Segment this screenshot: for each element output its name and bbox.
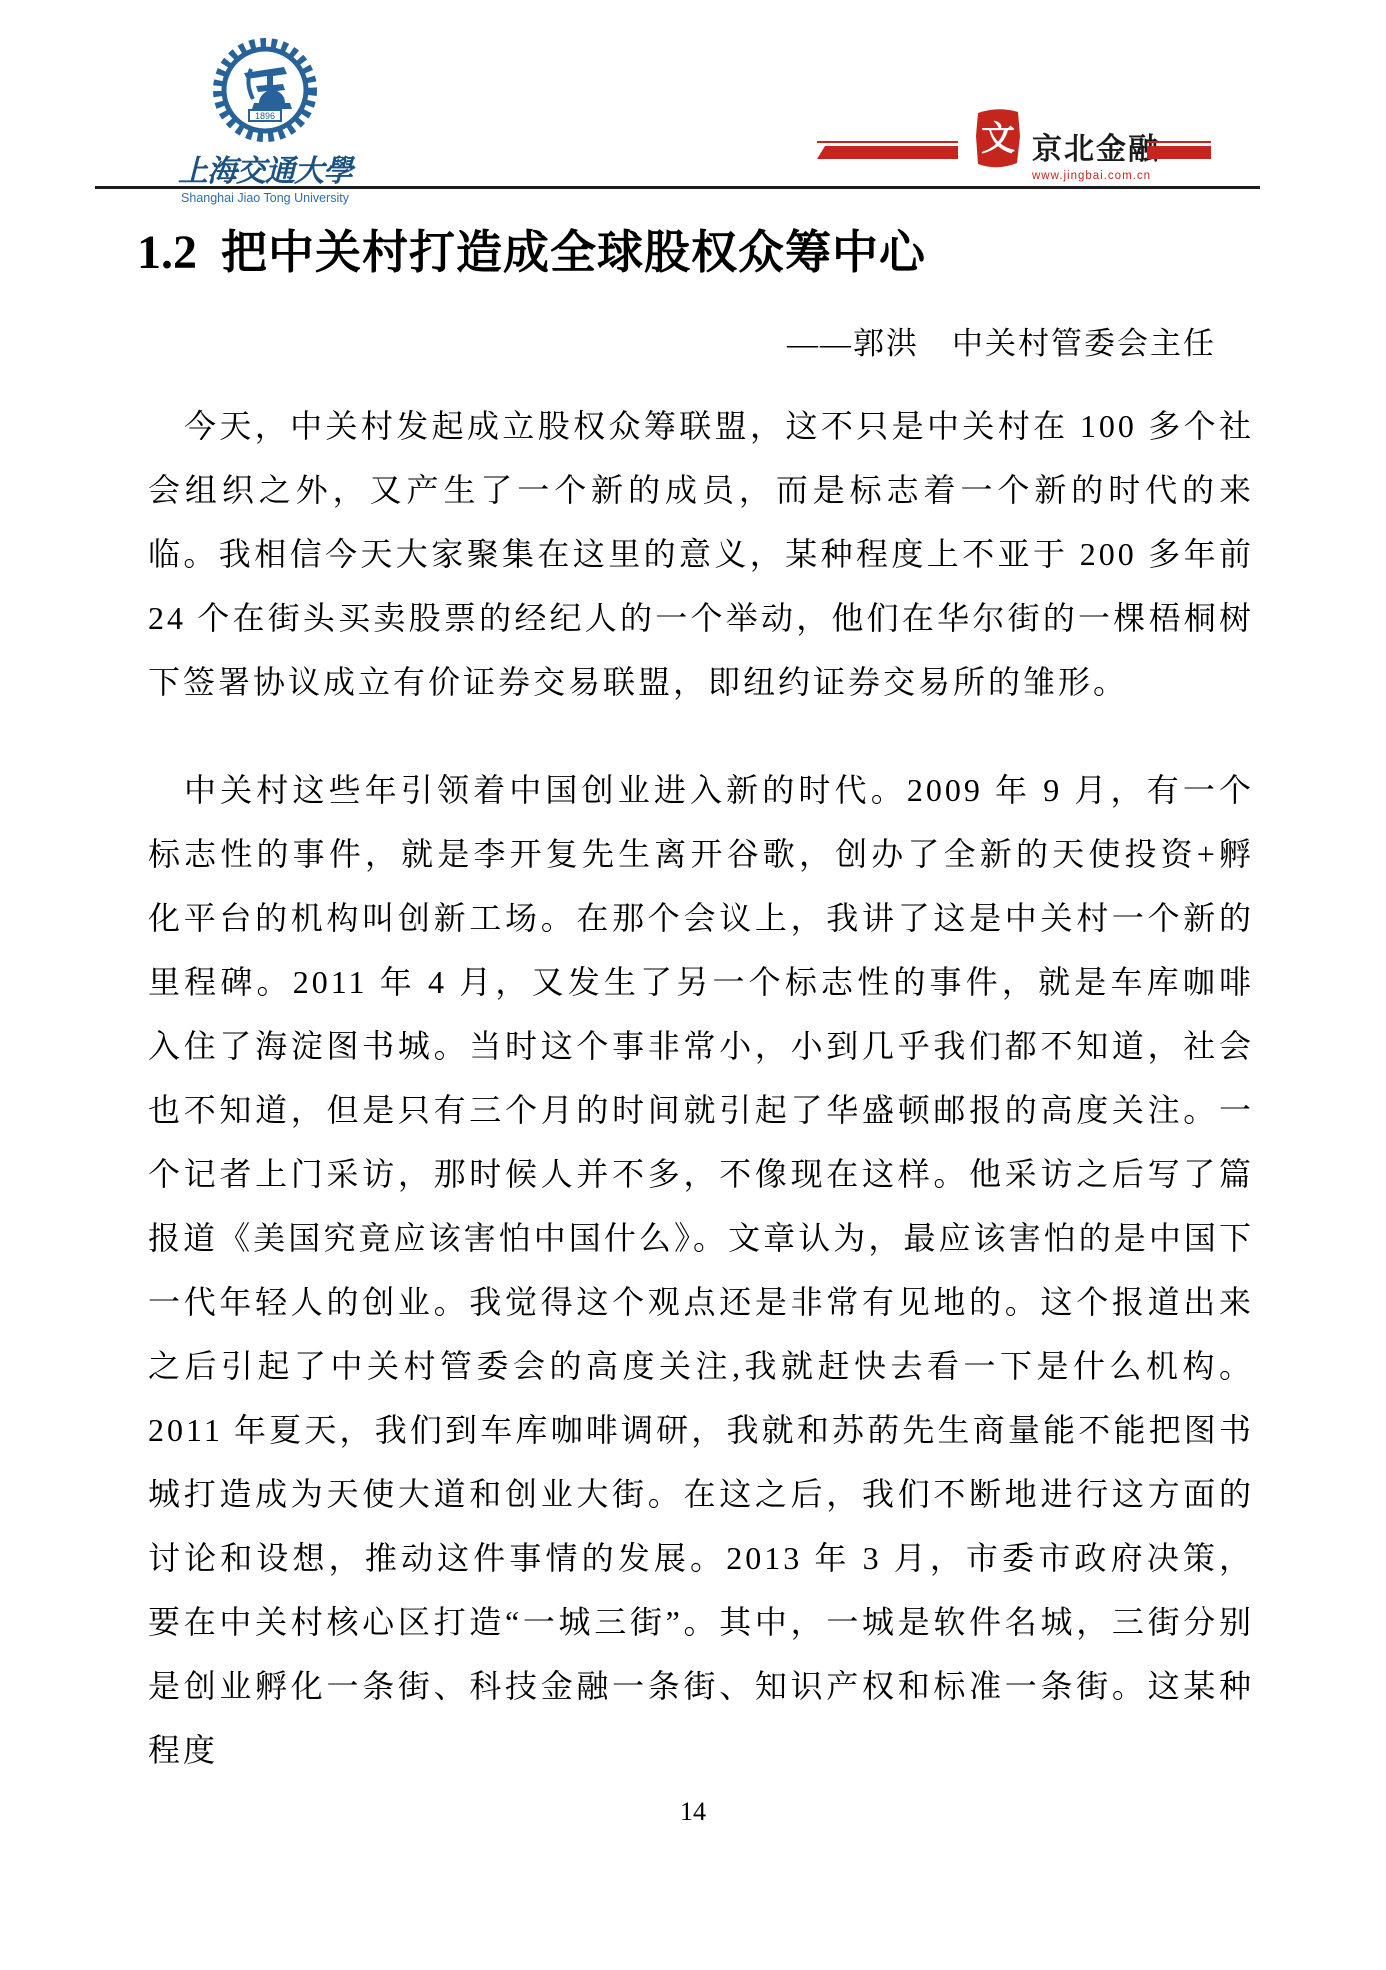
document-page: 1896 上海交通大學 Shanghai Jiao Tong Universit… xyxy=(0,0,1386,1970)
jingbei-left-accent-bar xyxy=(817,141,958,159)
header-divider xyxy=(95,186,1260,189)
sjtu-name-zh: 上海交通大學 xyxy=(175,146,355,190)
jingbei-brand: 京北金融 www.jingbai.com.cn xyxy=(1032,124,1160,182)
sjtu-emblem-year: 1896 xyxy=(255,111,275,121)
body-content: 今天，中关村发起成立股权众筹联盟，这不只是中关村在 100 多个社会组织之外，又… xyxy=(148,394,1254,1782)
attribution-line: ——郭洪 中关村管委会主任 xyxy=(148,318,1252,363)
sjtu-logo: 1896 上海交通大學 Shanghai Jiao Tong Universit… xyxy=(175,36,355,205)
section-title: 把中关村打造成全球股权众筹中心 xyxy=(221,216,926,282)
jingbei-seal-glyph: 文 xyxy=(981,120,1015,158)
sjtu-gear-emblem-icon: 1896 xyxy=(211,36,319,144)
jingbei-brand-name: 京北金融 xyxy=(1032,124,1160,168)
section-heading: 1.2把中关村打造成全球股权众筹中心 xyxy=(137,216,926,282)
jingbei-brand-url: www.jingbai.com.cn xyxy=(1032,170,1160,182)
sjtu-name-en: Shanghai Jiao Tong University xyxy=(175,191,355,205)
paragraph-2: 中关村这些年引领着中国创业进入新的时代。2009 年 9 月，有一个标志性的事件… xyxy=(148,758,1254,1782)
jingbei-seal-icon: 文 xyxy=(973,106,1023,170)
page-number: 14 xyxy=(0,1797,1386,1827)
section-number: 1.2 xyxy=(137,225,197,280)
paragraph-1: 今天，中关村发起成立股权众筹联盟，这不只是中关村在 100 多个社会组织之外，又… xyxy=(148,394,1254,714)
jingbei-right-accent-bar xyxy=(1147,141,1211,159)
